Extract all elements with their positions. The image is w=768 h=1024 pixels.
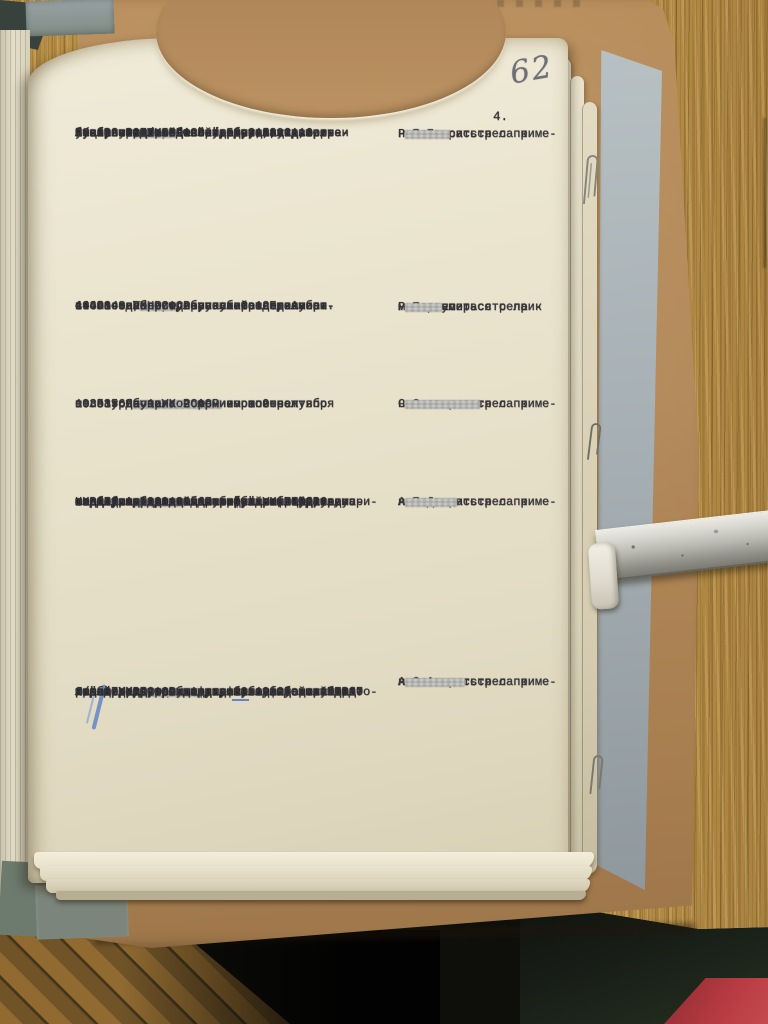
typed-text-layer: 13.Р Петр Павлович поста-новлением военн…: [28, 38, 568, 883]
typed-line: Р П.П.: [398, 129, 441, 141]
typed-line: ное время освобождены 69 чел.: [75, 687, 269, 699]
binder-cloth-tape: [25, 0, 114, 37]
wood-grain-streak: [763, 118, 766, 268]
redaction: [405, 498, 457, 507]
typed-line: С.: [398, 399, 412, 411]
typed-line: А Ф.А.: [398, 677, 441, 689]
typed-line: Р Наркуле.: [398, 302, 470, 314]
typed-line: нице Суводской.: [75, 128, 183, 140]
typed-line: пользу Японии.: [75, 399, 176, 411]
typed-line: А Н.Д.: [398, 497, 441, 509]
metal-clamp-cap: [588, 542, 620, 610]
left-page-edges: [0, 30, 30, 898]
redaction: [405, 400, 479, 409]
sheet-stack-edge: [56, 891, 586, 900]
blue-underlined-text: 69: [232, 687, 248, 701]
redaction: [405, 678, 465, 687]
redaction: [405, 303, 442, 312]
typed-line: ве мести,бригадира колхоза Ешалиева.: [75, 301, 334, 313]
typed-line: эксплоатировавший с отцом рабочую силу.: [75, 497, 356, 509]
photo-of-archival-document: 62 4. 13.Р Петр Павлович поста-новлением…: [0, 0, 768, 1024]
redaction: [405, 130, 450, 139]
document-page: 62 4. 13.Р Петр Павлович поста-новлением…: [28, 38, 568, 883]
